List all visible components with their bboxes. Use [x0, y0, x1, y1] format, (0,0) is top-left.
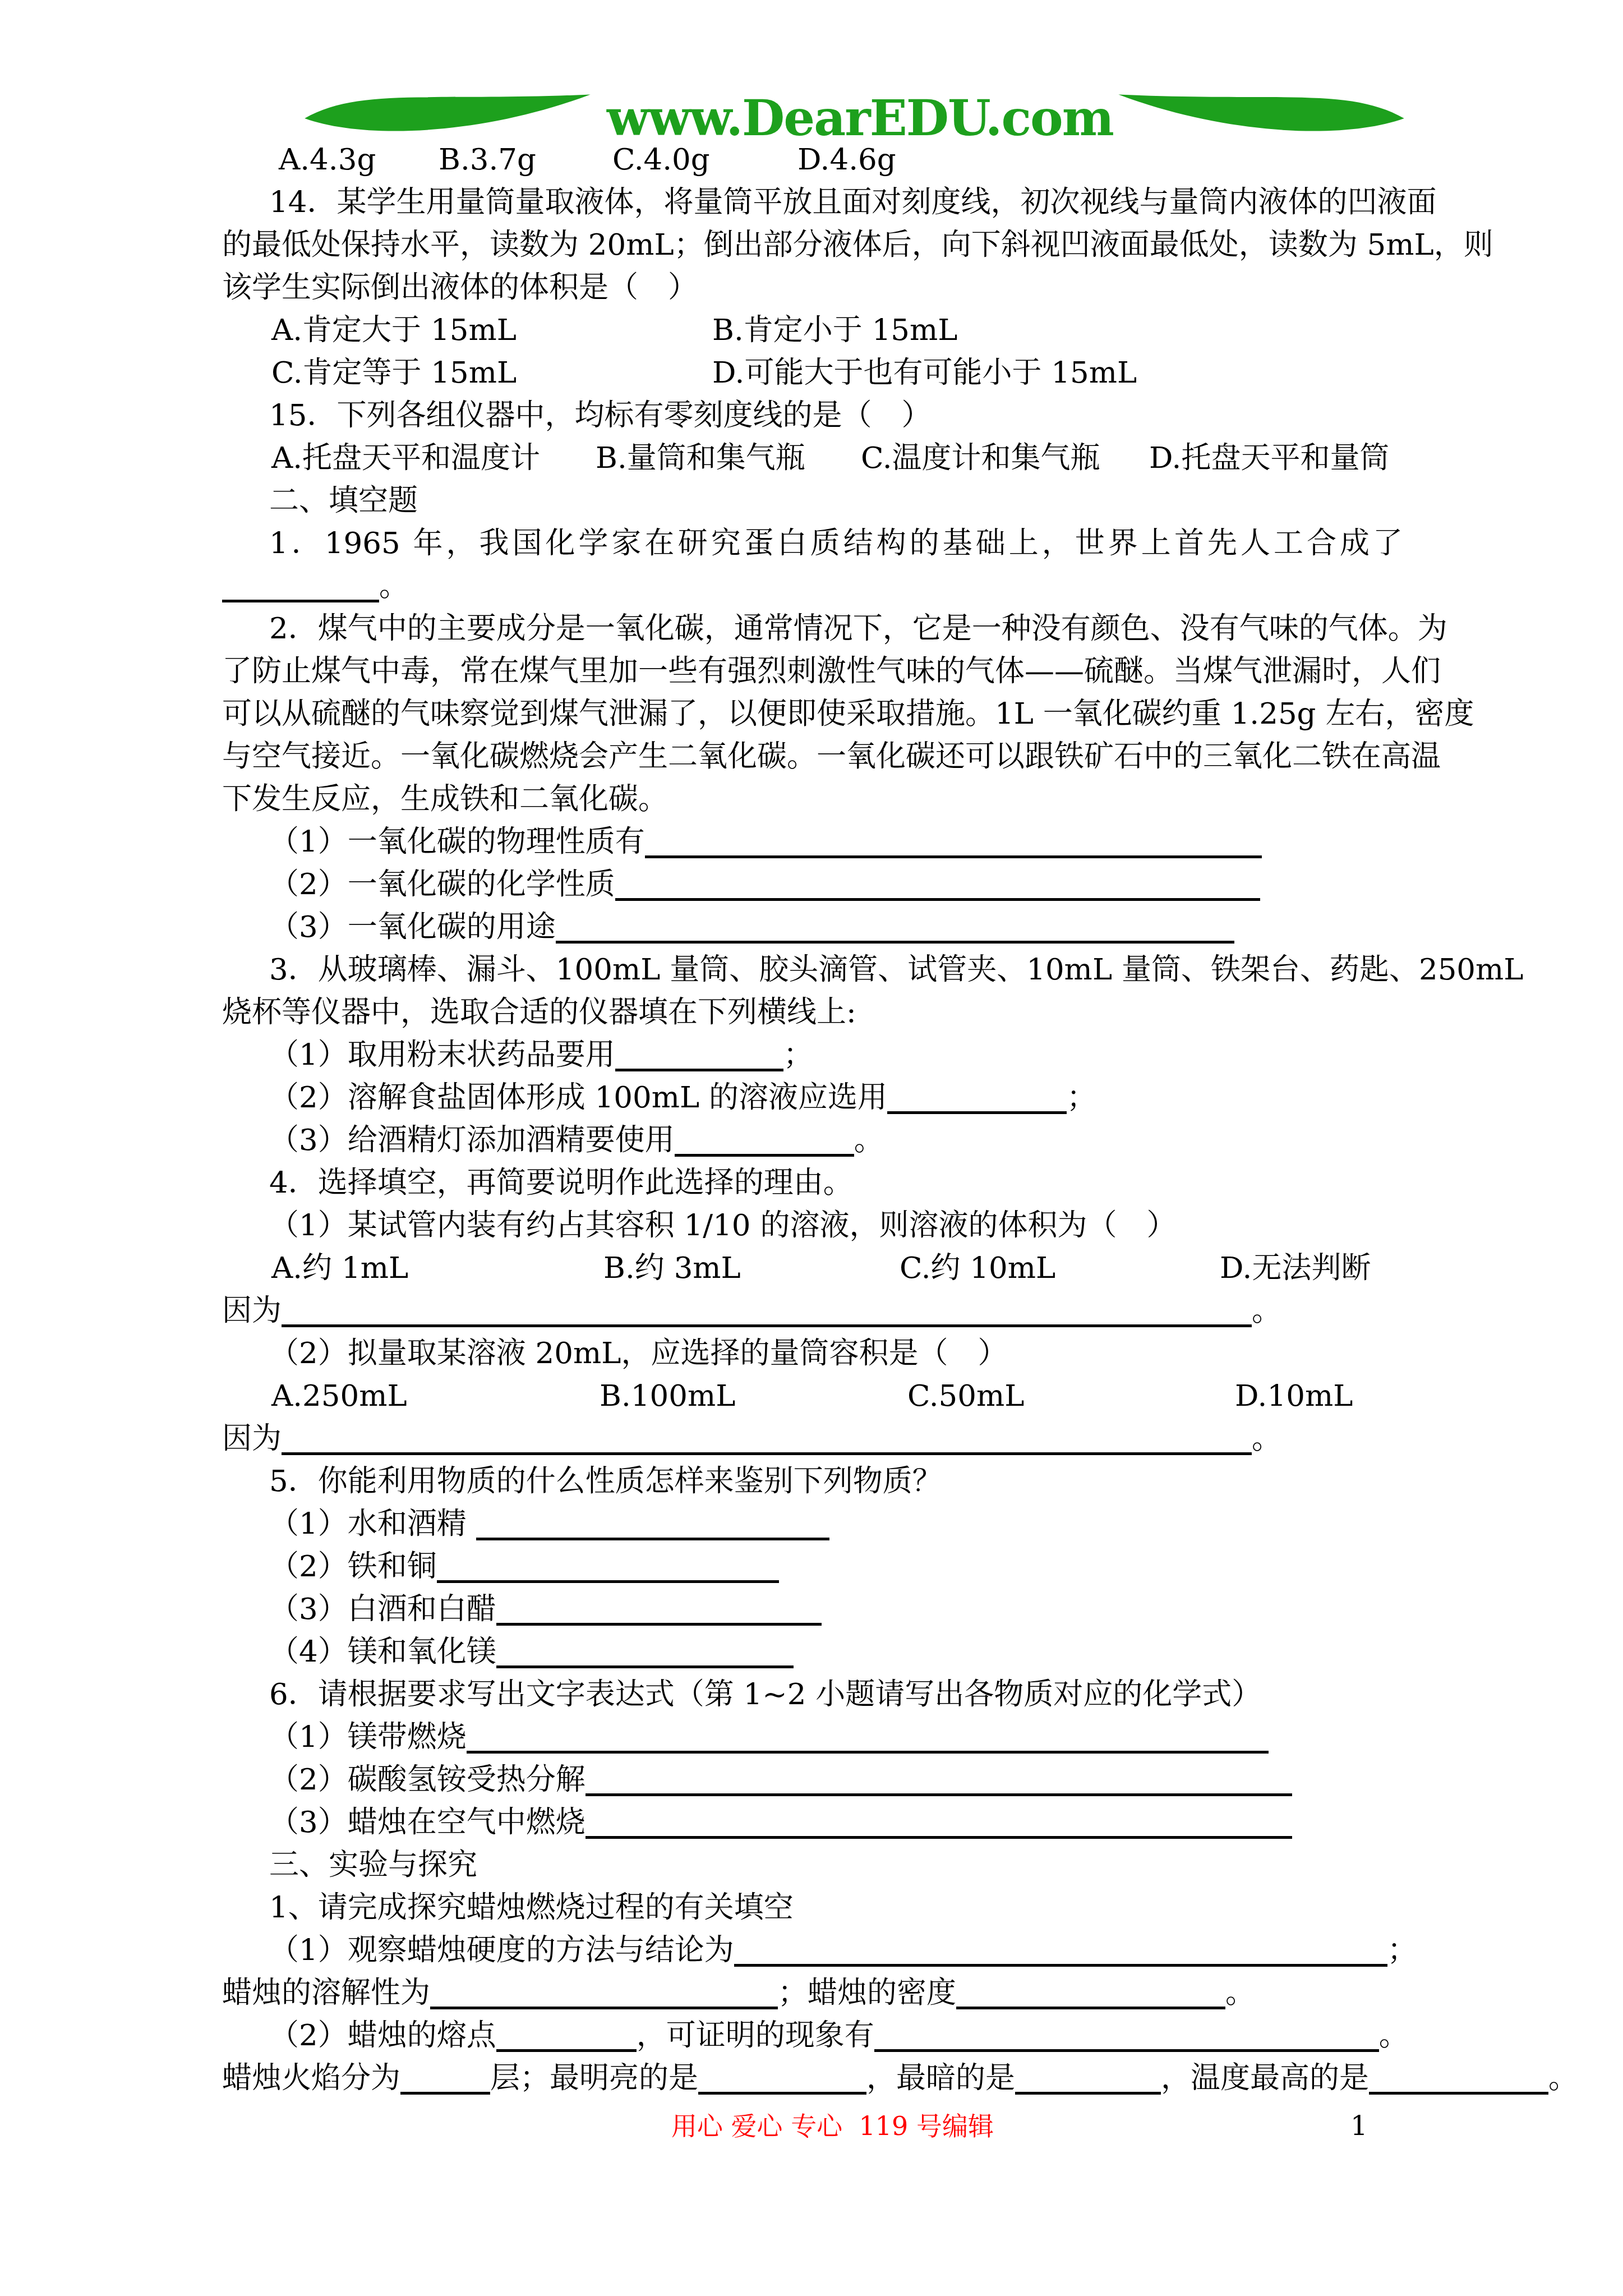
text-run: （4）镁和氧化镁 — [269, 1635, 496, 1669]
text-line: （1）某试管内装有约占其容积 1/10 的溶液，则溶液的体积为（ ） — [222, 1204, 1403, 1247]
options-row: A.肯定大于 15mLB.肯定小于 15mL — [222, 309, 1403, 352]
text-run: 下发生反应，生成铁和二氧化碳。 — [222, 782, 668, 816]
blank-underline — [874, 2024, 1379, 2052]
text-run: 可以从硫醚的气味察觉到煤气泄漏了，以便即使采取措施。1L 一氧化碳约重 1.25… — [222, 697, 1474, 731]
text-line: 因为。 — [222, 1290, 1403, 1332]
option-item: A.4.3g — [279, 139, 376, 181]
text-run: 。 — [1548, 2061, 1578, 2095]
text-line: （2）溶解食盐固体形成 100mL 的溶液应选用； — [222, 1076, 1403, 1119]
text-run: ；蜡烛的密度 — [778, 1976, 956, 2010]
option-item: D.4.6g — [797, 139, 896, 181]
blank-underline — [956, 1982, 1225, 2009]
text-line: 的最低处保持水平，读数为 20mL；倒出部分液体后，向下斜视凹液面最低处，读数为… — [222, 224, 1403, 266]
option-item: C.温度计和集气瓶 — [861, 437, 1100, 480]
blank-underline — [615, 1044, 783, 1071]
text-line: 2．煤气中的主要成分是一氧化碳，通常情况下，它是一种没有颜色、没有气味的气体。为 — [222, 608, 1403, 650]
text-run: ； — [1387, 1933, 1417, 1967]
text-line: （1）镁带燃烧 — [222, 1716, 1403, 1759]
text-line: （3）白酒和白醋 — [222, 1588, 1403, 1631]
text-run: 蜡烛的溶解性为 — [222, 1976, 430, 2010]
text-line: （3）给酒精灯添加酒精要使用。 — [222, 1119, 1403, 1162]
blank-underline — [282, 1428, 1252, 1455]
text-run: 二、填空题 — [269, 484, 418, 518]
text-run: （2）一氧化碳的化学性质 — [269, 867, 615, 901]
text-line: （4）镁和氧化镁 — [222, 1631, 1403, 1673]
text-line: （3）一氧化碳的用途 — [222, 906, 1403, 949]
text-run: 15．下列各组仪器中，均标有零刻度线的是（ ） — [269, 398, 931, 432]
text-line: 了防止煤气中毒，常在煤气里加一些有强烈刺激性气味的气体——硫醚。当煤气泄漏时，人… — [222, 650, 1403, 693]
option-item: C.约 10mL — [900, 1247, 1055, 1290]
text-line: 与空气接近。一氧化碳燃烧会产生二氧化碳。一氧化碳还可以跟铁矿石中的三氧化二铁在高… — [222, 735, 1403, 778]
option-item: B.量筒和集气瓶 — [596, 437, 805, 480]
text-run: （3）一氧化碳的用途 — [269, 910, 556, 944]
blank-underline — [887, 1087, 1067, 1114]
blank-underline — [467, 1726, 1269, 1754]
text-run: 蜡烛火焰分为 — [222, 2061, 400, 2095]
option-item: A.托盘天平和温度计 — [271, 437, 540, 480]
option-item: B.约 3mL — [603, 1247, 741, 1290]
blank-underline — [585, 1811, 1292, 1839]
text-run: 。 — [1252, 1294, 1281, 1328]
blank-underline — [1015, 2067, 1161, 2095]
blank-underline — [437, 1556, 779, 1583]
text-line: 该学生实际倒出液体的体积是（ ） — [222, 266, 1403, 309]
blank-underline — [430, 1982, 778, 2009]
text-line: （1）观察蜡烛硬度的方法与结论为； — [222, 1929, 1403, 1972]
blank-underline — [496, 1641, 794, 1668]
text-run: 三、实验与探究 — [269, 1848, 477, 1882]
blank-underline — [556, 916, 1234, 944]
blank-underline — [734, 1939, 1387, 1967]
text-run: （1）镁带燃烧 — [269, 1720, 467, 1754]
text-run: 2．煤气中的主要成分是一氧化碳，通常情况下，它是一种没有颜色、没有气味的气体。为 — [269, 611, 1447, 646]
logo-text: www.DearEDU.com — [607, 93, 1113, 142]
text-run: 4．选择填空，再简要说明作此选择的理由。 — [269, 1166, 853, 1200]
text-line: 蜡烛的溶解性为；蜡烛的密度。 — [222, 1972, 1403, 2014]
text-run: （2）拟量取某溶液 20mL，应选择的量筒容积是（ ） — [269, 1336, 1007, 1370]
document-body: A.4.3gB.3.7gC.4.0gD.4.6g14．某学生用量筒量取液体，将量… — [222, 139, 1403, 2100]
blank-underline — [282, 1300, 1252, 1327]
text-run: 该学生实际倒出液体的体积是（ ） — [222, 270, 698, 305]
options-row: A.4.3gB.3.7gC.4.0gD.4.6g — [222, 139, 1403, 181]
text-run: 。 — [1379, 2018, 1409, 2053]
text-run: （2）蜡烛的熔点 — [269, 2018, 496, 2053]
text-line: （1）水和酒精 — [222, 1503, 1403, 1545]
option-item: D.可能大于也有可能小于 15mL — [712, 352, 1137, 394]
text-run: 1．1965 年，我国化学家在研究蛋白质结构的基础上，世界上首先人工合成了 — [269, 526, 1403, 560]
text-run: 因为 — [222, 1421, 282, 1456]
text-run: （2）溶解食盐固体形成 100mL 的溶液应选用 — [269, 1080, 887, 1115]
text-line: 3．从玻璃棒、漏斗、100mL 量筒、胶头滴管、试管夹、10mL 量筒、铁架台、… — [222, 949, 1403, 991]
option-item: C.50mL — [907, 1375, 1024, 1418]
text-line: 1、请完成探究蜡烛燃烧过程的有关填空 — [222, 1887, 1403, 1929]
blank-underline — [400, 2067, 490, 2095]
text-run: （1）某试管内装有约占其容积 1/10 的溶液，则溶液的体积为（ ） — [269, 1208, 1176, 1243]
blank-underline — [496, 1598, 822, 1626]
text-run: （2）铁和铜 — [269, 1549, 437, 1584]
text-line: 烧杯等仪器中，选取合适的仪器填在下列横线上: — [222, 991, 1403, 1034]
blank-underline — [222, 575, 379, 602]
text-run: 5．你能利用物质的什么性质怎样来鉴别下列物质？ — [269, 1464, 942, 1498]
text-run: 了防止煤气中毒，常在煤气里加一些有强烈刺激性气味的气体——硫醚。当煤气泄漏时，人… — [222, 654, 1441, 688]
text-run: （1）水和酒精 — [269, 1507, 476, 1541]
text-line: （2）铁和铜 — [222, 1545, 1403, 1588]
text-run: 。 — [1225, 1976, 1255, 2010]
text-run: ，最暗的是 — [866, 2061, 1015, 2095]
text-line: 可以从硫醚的气味察觉到煤气泄漏了，以便即使采取措施。1L 一氧化碳约重 1.25… — [222, 693, 1403, 735]
text-line: （2）拟量取某溶液 20mL，应选择的量筒容积是（ ） — [222, 1332, 1403, 1375]
text-run: （2）碳酸氢铵受热分解 — [269, 1763, 585, 1797]
text-run: 的最低处保持水平，读数为 20mL；倒出部分液体后，向下斜视凹液面最低处，读数为… — [222, 228, 1493, 262]
text-line: 5．你能利用物质的什么性质怎样来鉴别下列物质？ — [222, 1460, 1403, 1503]
option-item: A.约 1mL — [271, 1247, 408, 1290]
text-run: （3）蜡烛在空气中燃烧 — [269, 1805, 585, 1839]
option-item: A.肯定大于 15mL — [271, 309, 517, 352]
option-item: C.肯定等于 15mL — [271, 352, 517, 394]
text-run: ； — [783, 1038, 813, 1072]
text-run: 14．某学生用量筒量取液体，将量筒平放且面对刻度线，初次视线与量筒内液体的凹液面 — [269, 185, 1436, 219]
blank-underline — [698, 2067, 866, 2095]
options-row: A.托盘天平和温度计B.量筒和集气瓶C.温度计和集气瓶D.托盘天平和量筒 — [222, 437, 1403, 480]
text-run: （1）一氧化碳的物理性质有 — [269, 825, 645, 859]
blank-underline — [615, 873, 1260, 901]
text-run: 3．从玻璃棒、漏斗、100mL 量筒、胶头滴管、试管夹、10mL 量筒、铁架台、… — [269, 953, 1524, 987]
text-line: 蜡烛火焰分为层；最明亮的是，最暗的是，温度最高的是。 — [222, 2057, 1403, 2100]
page-footer: 用心 爱心 专心 119 号编辑 1 — [222, 2105, 1403, 2147]
option-item: D.托盘天平和量筒 — [1149, 437, 1389, 480]
text-line: 4．选择填空，再简要说明作此选择的理由。 — [222, 1162, 1403, 1204]
text-line: （1）取用粉末状药品要用； — [222, 1034, 1403, 1076]
text-run: （1）观察蜡烛硬度的方法与结论为 — [269, 1933, 734, 1967]
text-run: 层；最明亮的是 — [490, 2061, 698, 2095]
footer-motto: 用心 爱心 专心 119 号编辑 — [671, 2105, 994, 2147]
blank-underline — [496, 2024, 637, 2052]
text-line: 15．下列各组仪器中，均标有零刻度线的是（ ） — [222, 394, 1403, 437]
blank-line: 。 — [222, 565, 1403, 608]
text-line: （2）碳酸氢铵受热分解 — [222, 1759, 1403, 1801]
options-row: A.250mLB.100mLC.50mLD.10mL — [222, 1375, 1403, 1418]
option-item: D.10mL — [1235, 1375, 1353, 1418]
options-row: A.约 1mLB.约 3mLC.约 10mLD.无法判断 — [222, 1247, 1403, 1290]
options-row: C.肯定等于 15mLD.可能大于也有可能小于 15mL — [222, 352, 1403, 394]
text-run: 与空气接近。一氧化碳燃烧会产生二氧化碳。一氧化碳还可以跟铁矿石中的三氧化二铁在高… — [222, 739, 1441, 774]
text-run: 1、请完成探究蜡烛燃烧过程的有关填空 — [269, 1890, 794, 1925]
text-run: 。 — [1252, 1421, 1281, 1456]
text-run: （1）取用粉末状药品要用 — [269, 1038, 615, 1072]
section-heading: 三、实验与探究 — [222, 1844, 1403, 1887]
text-line: 1．1965 年，我国化学家在研究蛋白质结构的基础上，世界上首先人工合成了 — [222, 522, 1403, 565]
text-run: ； — [1067, 1080, 1096, 1115]
option-item: A.250mL — [271, 1375, 407, 1418]
blank-underline — [675, 1129, 854, 1157]
blank-underline — [585, 1769, 1292, 1796]
text-line: （2）蜡烛的熔点，可证明的现象有。 — [222, 2014, 1403, 2057]
text-run: 。 — [854, 1123, 884, 1157]
blank-underline — [1369, 2067, 1548, 2095]
text-run: ，温度最高的是 — [1161, 2061, 1369, 2095]
text-run: （3）白酒和白醋 — [269, 1592, 496, 1626]
option-item: D.无法判断 — [1220, 1247, 1371, 1290]
text-run: 6．请根据要求写出文字表达式（第 1~2 小题请写出各物质对应的化学式） — [269, 1677, 1261, 1711]
worksheet-page: www.DearEDU.com A.4.3gB.3.7gC.4.0gD.4.6g… — [0, 0, 1623, 2296]
option-item: B.100mL — [600, 1375, 735, 1418]
option-item: B.3.7g — [439, 139, 536, 181]
text-line: （3）蜡烛在空气中燃烧 — [222, 1801, 1403, 1844]
text-run: 因为 — [222, 1294, 282, 1328]
text-run: 。 — [379, 569, 409, 603]
blank-underline — [645, 831, 1262, 858]
option-item: B.肯定小于 15mL — [712, 309, 958, 352]
option-item: C.4.0g — [612, 139, 710, 181]
text-run: （3）给酒精灯添加酒精要使用 — [269, 1123, 675, 1157]
text-line: 6．请根据要求写出文字表达式（第 1~2 小题请写出各物质对应的化学式） — [222, 1673, 1403, 1716]
text-line: （2）一氧化碳的化学性质 — [222, 863, 1403, 906]
page-number: 1 — [1350, 2105, 1368, 2147]
text-run: 烧杯等仪器中，选取合适的仪器填在下列横线上: — [222, 995, 856, 1029]
text-line: 因为。 — [222, 1418, 1403, 1460]
text-line: 14．某学生用量筒量取液体，将量筒平放且面对刻度线，初次视线与量筒内液体的凹液面 — [222, 181, 1403, 224]
section-heading: 二、填空题 — [222, 480, 1403, 522]
blank-underline — [476, 1513, 829, 1540]
text-line: （1）一氧化碳的物理性质有 — [222, 821, 1403, 863]
text-run: ，可证明的现象有 — [637, 2018, 874, 2053]
text-line: 下发生反应，生成铁和二氧化碳。 — [222, 778, 1403, 821]
